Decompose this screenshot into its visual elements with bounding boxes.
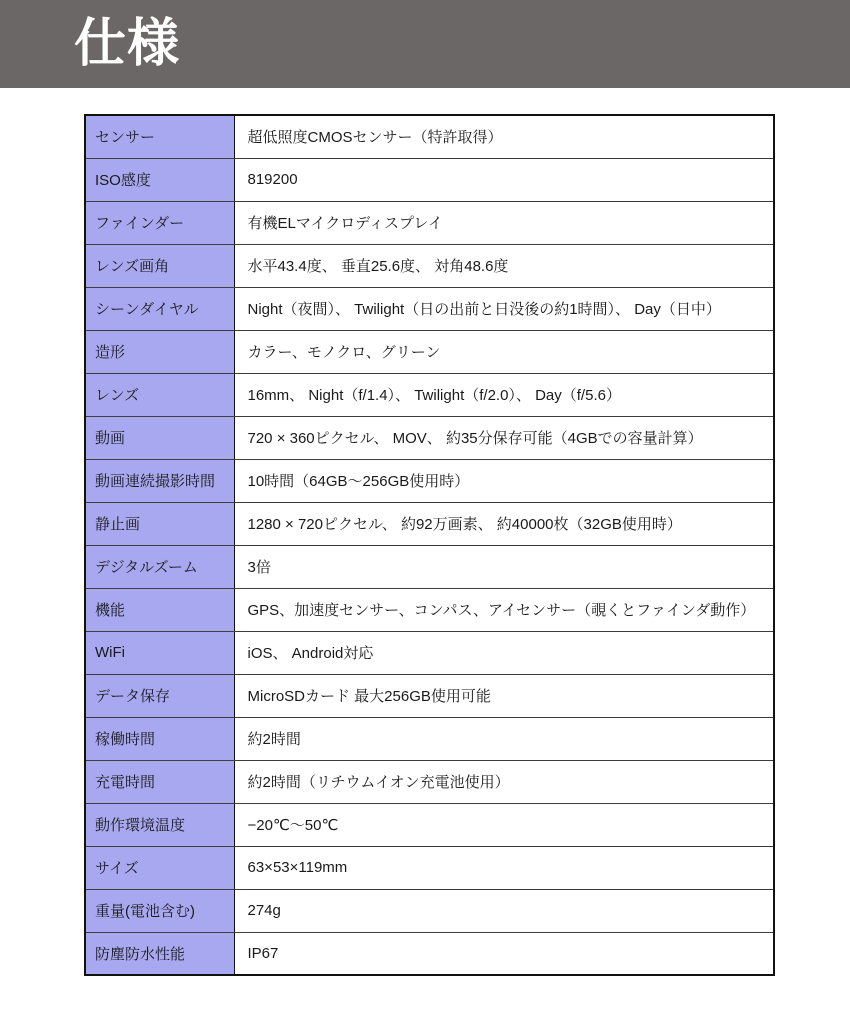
spec-value: MicroSDカード 最大256GB使用可能 [234,674,774,717]
spec-label: センサー [85,115,234,158]
spec-value: GPS、加速度センサー、コンパス、アイセンサー（覗くとファインダ動作） [234,588,774,631]
spec-row: 充電時間約2時間（リチウムイオン充電池使用） [85,760,774,803]
spec-value: 3倍 [234,545,774,588]
spec-table: センサー超低照度CMOSセンサー（特許取得）ISO感度819200ファインダー有… [84,114,775,976]
spec-label: レンズ画角 [85,244,234,287]
spec-label: 重量(電池含む) [85,889,234,932]
spec-value: 約2時間（リチウムイオン充電池使用） [234,760,774,803]
spec-label: シーンダイヤル [85,287,234,330]
spec-row: WiFiiOS、 Android対応 [85,631,774,674]
spec-value: 超低照度CMOSセンサー（特許取得） [234,115,774,158]
spec-label: サイズ [85,846,234,889]
spec-label: WiFi [85,631,234,674]
spec-row: 造形カラー、モノクロ、グリーン [85,330,774,373]
spec-label: 造形 [85,330,234,373]
spec-label: デジタルズーム [85,545,234,588]
spec-value: 819200 [234,158,774,201]
spec-label: データ保存 [85,674,234,717]
spec-value: カラー、モノクロ、グリーン [234,330,774,373]
spec-value: 63×53×119mm [234,846,774,889]
spec-label: レンズ [85,373,234,416]
spec-row: センサー超低照度CMOSセンサー（特許取得） [85,115,774,158]
spec-label: 充電時間 [85,760,234,803]
spec-label: 静止画 [85,502,234,545]
spec-value: 10時間（64GB～256GB使用時） [234,459,774,502]
spec-row: レンズ画角水平43.4度、 垂直25.6度、 対角48.6度 [85,244,774,287]
page-title: 仕様 [0,18,180,70]
spec-label: 動画連続撮影時間 [85,459,234,502]
spec-row: 動画連続撮影時間10時間（64GB～256GB使用時） [85,459,774,502]
spec-row: ファインダー有機ELマイクロディスプレイ [85,201,774,244]
spec-row: デジタルズーム3倍 [85,545,774,588]
spec-label: ファインダー [85,201,234,244]
spec-label: 動画 [85,416,234,459]
spec-row: 静止画1280 × 720ピクセル、 約92万画素、 約40000枚（32GB使… [85,502,774,545]
spec-value: 約2時間 [234,717,774,760]
spec-value: IP67 [234,932,774,975]
spec-value: 水平43.4度、 垂直25.6度、 対角48.6度 [234,244,774,287]
spec-value: 1280 × 720ピクセル、 約92万画素、 約40000枚（32GB使用時） [234,502,774,545]
spec-label: 機能 [85,588,234,631]
spec-value: iOS、 Android対応 [234,631,774,674]
spec-label: 動作環境温度 [85,803,234,846]
spec-table-body: センサー超低照度CMOSセンサー（特許取得）ISO感度819200ファインダー有… [85,115,774,975]
spec-row: 動作環境温度−20℃～50℃ [85,803,774,846]
spec-row: 動画720 × 360ピクセル、 MOV、 約35分保存可能（4GBでの容量計算… [85,416,774,459]
spec-label: 稼働時間 [85,717,234,760]
spec-row: ISO感度819200 [85,158,774,201]
spec-row: レンズ16mm、 Night（f/1.4）、 Twilight（f/2.0）、 … [85,373,774,416]
spec-value: 有機ELマイクロディスプレイ [234,201,774,244]
spec-value: 16mm、 Night（f/1.4）、 Twilight（f/2.0）、 Day… [234,373,774,416]
page-header-banner: 仕様 [0,0,850,88]
spec-row: データ保存MicroSDカード 最大256GB使用可能 [85,674,774,717]
spec-label: ISO感度 [85,158,234,201]
spec-value: 274g [234,889,774,932]
spec-row: 稼働時間約2時間 [85,717,774,760]
spec-label: 防塵防水性能 [85,932,234,975]
spec-row: シーンダイヤルNight（夜間）、 Twilight（日の出前と日没後の約1時間… [85,287,774,330]
spec-value: −20℃～50℃ [234,803,774,846]
spec-row: 防塵防水性能IP67 [85,932,774,975]
spec-row: サイズ63×53×119mm [85,846,774,889]
spec-row: 重量(電池含む)274g [85,889,774,932]
spec-value: 720 × 360ピクセル、 MOV、 約35分保存可能（4GBでの容量計算） [234,416,774,459]
spec-row: 機能GPS、加速度センサー、コンパス、アイセンサー（覗くとファインダ動作） [85,588,774,631]
spec-value: Night（夜間）、 Twilight（日の出前と日没後の約1時間）、 Day（… [234,287,774,330]
